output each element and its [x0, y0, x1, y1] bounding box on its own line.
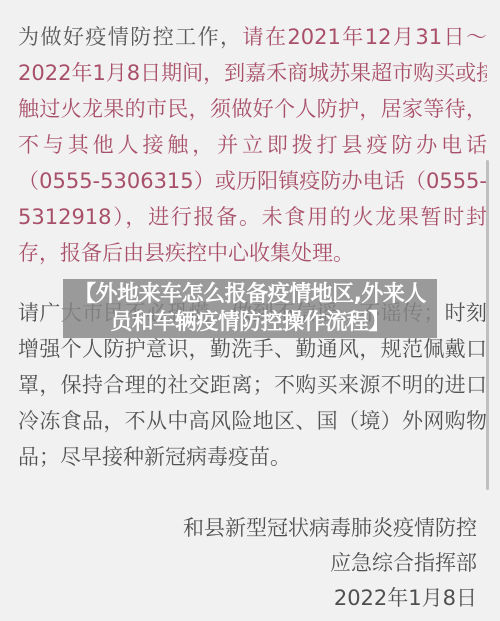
text-line: 品；尽早接种新冠病毒疫苗。 [18, 439, 487, 475]
text-line: 5312918），进行报备。未食用的火龙果暂时封 [18, 199, 487, 235]
signature-block: 和县新型冠状病毒肺炎疫情防控 应急综合指挥部 2022年1月8日 [18, 511, 487, 616]
text-line: 不与其他人接触，并立即拨打县疫防办电话 [18, 127, 487, 163]
overlay-title-line: 【外地来车怎么报备疫情地区,外来人 [74, 281, 426, 309]
text-line: 触过火龙果的市民，须做好个人防护，居家等待， [18, 91, 487, 127]
text-line: 为做好疫情防控工作，请在2021年12月31日～ [18, 19, 487, 55]
issuer-name-line: 和县新型冠状病毒肺炎疫情防控 [18, 511, 477, 546]
overlay-title-line: 员和车辆疫情防控操作流程】 [110, 309, 390, 337]
paragraph-reporting-instructions: 为做好疫情防控工作，请在2021年12月31日～ 2022年1月8日期间，到嘉禾… [18, 19, 487, 271]
text-line: 存，报备后由县疾控中心收集处理。 [18, 235, 487, 271]
text-line-lead: 为做好疫情防控工作， [18, 25, 243, 49]
text-line: 2022年1月8日期间，到嘉禾商城苏果超市购买或接 [18, 55, 487, 91]
text-line: 冷冻食品，不从中高风险地区、国（境）外网购物 [18, 403, 487, 439]
text-line: （0555-5306315）或历阳镇疫防办电话（0555- [18, 163, 487, 199]
notice-screenshot: 为做好疫情防控工作，请在2021年12月31日～ 2022年1月8日期间，到嘉禾… [0, 0, 500, 621]
issuer-dept-line: 应急综合指挥部 [18, 546, 477, 581]
text-line-rest: 请在2021年12月31日～ [243, 25, 487, 49]
scrollbar-thumb[interactable] [486, 160, 489, 490]
text-line: 罩，保持合理的社交距离；不购买来源不明的进口 [18, 367, 487, 403]
title-overlay-banner: 【外地来车怎么报备疫情地区,外来人 员和车辆疫情防控操作流程】 [63, 279, 437, 338]
issue-date: 2022年1月8日 [18, 581, 477, 616]
